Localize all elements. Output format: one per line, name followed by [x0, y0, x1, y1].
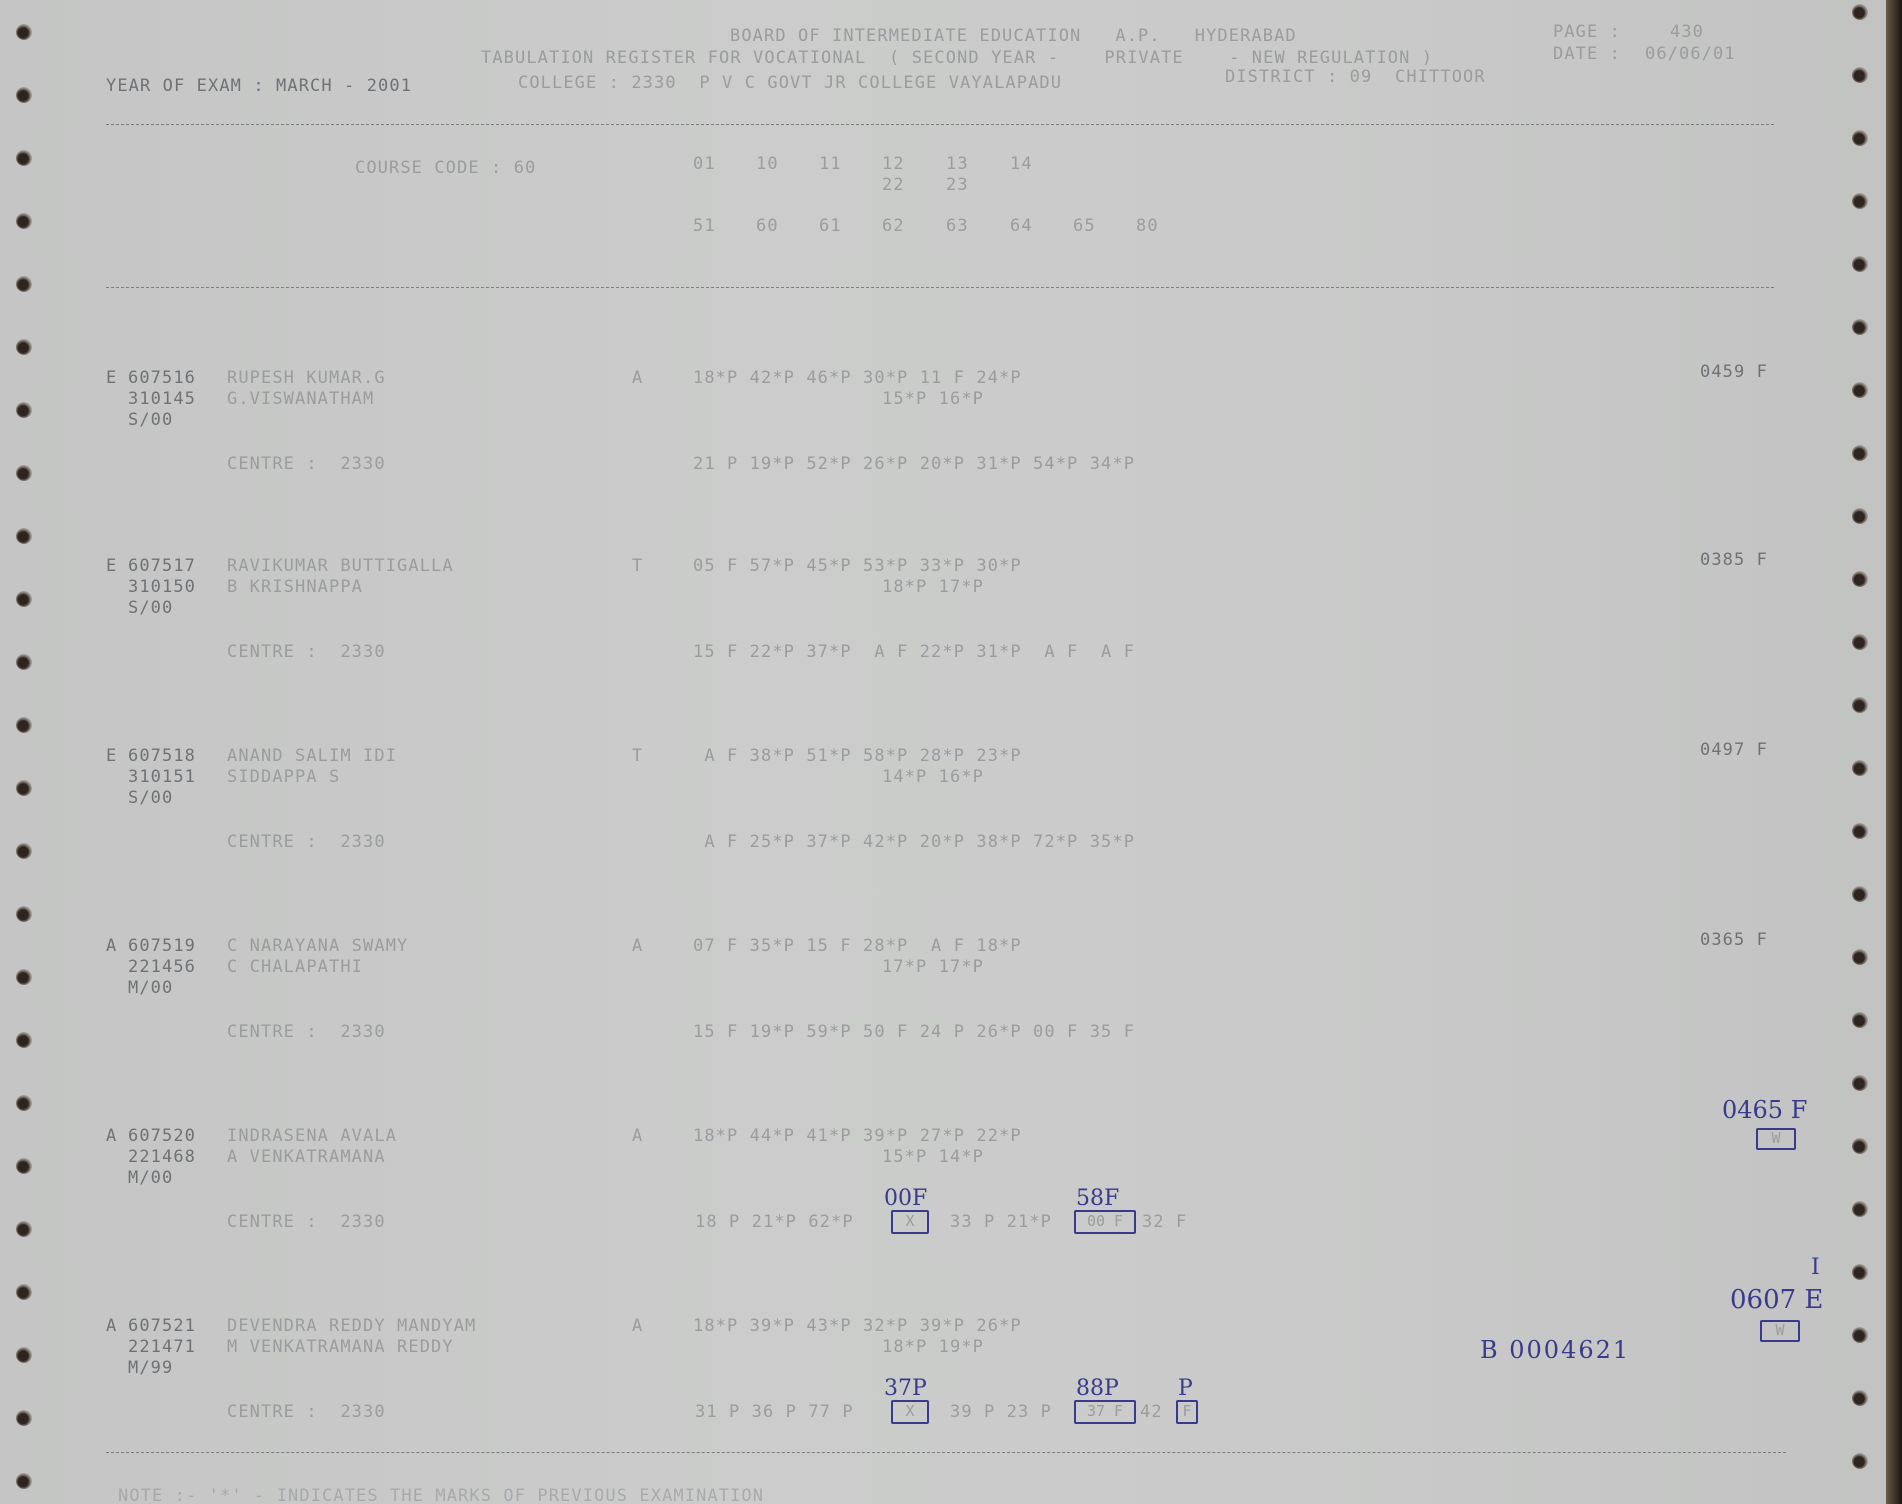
- footer-note: NOTE :- '*' - INDICATES THE MARKS OF PRE…: [118, 1486, 764, 1504]
- feed-hole: [16, 1410, 32, 1426]
- box-label: W: [1756, 1129, 1796, 1147]
- feed-hole: [16, 528, 32, 544]
- divider-bottom: [106, 1452, 1786, 1453]
- corrected-mark-original: 00 F: [1074, 1212, 1136, 1230]
- handwritten-correction: 58F: [1076, 1186, 1119, 1211]
- corrected-mark-original: X: [891, 1212, 929, 1230]
- handwritten-correction: P: [1178, 1376, 1193, 1401]
- feed-hole: [16, 150, 32, 166]
- feed-hole: [1852, 130, 1868, 146]
- marks-part1-sub: 15*P 16*P: [882, 389, 984, 409]
- medium-code: A: [632, 936, 643, 956]
- marks-part2: 33 P 21*P: [950, 1212, 1052, 1232]
- feed-hole: [1852, 1453, 1868, 1469]
- handwritten-mark-607521: I: [1811, 1255, 1820, 1280]
- feed-hole: [1852, 1264, 1868, 1280]
- subject-code: 51: [693, 216, 716, 236]
- feed-hole: [16, 591, 32, 607]
- feed-hole: [16, 1221, 32, 1237]
- centre-code: CENTRE : 2330: [227, 1022, 386, 1042]
- student-category: A: [106, 1316, 117, 1336]
- student-name: INDRASENA AVALA: [227, 1126, 397, 1146]
- marks-part2: A F 25*P 37*P 42*P 20*P 38*P 72*P 35*P: [693, 832, 1135, 852]
- student-status: M/00: [128, 1168, 173, 1188]
- parent-name: SIDDAPPA S: [227, 767, 340, 787]
- student-code: 221468: [128, 1147, 196, 1167]
- student-code: 310151: [128, 767, 196, 787]
- feed-hole: [1852, 1012, 1868, 1028]
- marks-part1-sub: 17*P 17*P: [882, 957, 984, 977]
- feed-hole: [16, 465, 32, 481]
- feed-hole: [16, 213, 32, 229]
- medium-code: A: [632, 1126, 643, 1146]
- marks-part1-sub: 15*P 14*P: [882, 1147, 984, 1167]
- handwritten-correction: 88P: [1076, 1376, 1119, 1401]
- subject-code: 80: [1136, 216, 1159, 236]
- feed-hole: [16, 906, 32, 922]
- student-name: DEVENDRA REDDY MANDYAM: [227, 1316, 476, 1336]
- marks-part2: 32 F: [1142, 1212, 1187, 1232]
- feed-hole: [16, 276, 32, 292]
- centre-code: CENTRE : 2330: [227, 642, 386, 662]
- student-category: A: [106, 936, 117, 956]
- feed-hole: [1852, 445, 1868, 461]
- divider-course: [106, 287, 1774, 288]
- medium-code: T: [632, 556, 643, 576]
- student-status: S/00: [128, 788, 173, 808]
- feed-hole: [16, 1032, 32, 1048]
- feed-hole: [1852, 823, 1868, 839]
- centre-code: CENTRE : 2330: [227, 454, 386, 474]
- feed-hole: [1852, 634, 1868, 650]
- handwritten-total-607521: 0607 E: [1730, 1285, 1823, 1315]
- feed-hole: [1852, 67, 1868, 83]
- centre-code: CENTRE : 2330: [227, 1212, 386, 1232]
- subject-code: 60: [756, 216, 779, 236]
- student-record: A607521DEVENDRA REDDY MANDYAM221471M VEN…: [0, 0, 1886, 180]
- tabulation-register-sheet: BOARD OF INTERMEDIATE EDUCATION A.P. HYD…: [0, 0, 1886, 1504]
- marks-part2: 15 F 22*P 37*P A F 22*P 31*P A F A F: [693, 642, 1135, 662]
- handwritten-correction: 37P: [884, 1376, 927, 1401]
- feed-hole: [16, 1158, 32, 1174]
- feed-hole: [1852, 760, 1868, 776]
- handwritten-total-607520: 0465 F: [1722, 1096, 1807, 1124]
- feed-hole: [16, 969, 32, 985]
- feed-hole: [16, 717, 32, 733]
- student-status: S/00: [128, 410, 173, 430]
- marks-part2: 18 P 21*P 62*P: [695, 1212, 854, 1232]
- parent-name: M VENKATRAMANA REDDY: [227, 1337, 454, 1357]
- student-code: 310145: [128, 389, 196, 409]
- subject-code: 61: [819, 216, 842, 236]
- feed-hole: [1852, 508, 1868, 524]
- student-status: S/00: [128, 598, 173, 618]
- marks-part1-sub: 18*P 17*P: [882, 577, 984, 597]
- medium-code: A: [632, 368, 643, 388]
- parent-name: G.VISWANATHAM: [227, 389, 374, 409]
- feed-hole: [1852, 382, 1868, 398]
- marks-part1-sub: 14*P 16*P: [882, 767, 984, 787]
- feed-hole: [16, 1284, 32, 1300]
- feed-hole: [16, 1473, 32, 1489]
- corrected-mark-original: F: [1176, 1402, 1198, 1420]
- student-code: 221456: [128, 957, 196, 977]
- centre-code: CENTRE : 2330: [227, 1402, 386, 1422]
- student-name: ANAND SALIM IDI: [227, 746, 397, 766]
- feed-hole: [16, 339, 32, 355]
- marks-part1-sub: 18*P 19*P: [882, 1337, 984, 1357]
- grand-total: 0365 F: [1700, 930, 1768, 950]
- student-name: RAVIKUMAR BUTTIGALLA: [227, 556, 454, 576]
- handwritten-reference: B 0004621: [1480, 1336, 1630, 1364]
- student-category: E: [106, 746, 117, 766]
- student-status: M/00: [128, 978, 173, 998]
- feed-hole: [1852, 1138, 1868, 1154]
- marks-part1: 18*P 39*P 43*P 32*P 39*P 26*P: [693, 1316, 1022, 1336]
- feed-hole: [1852, 1327, 1868, 1343]
- hall-ticket-number: 607517: [128, 556, 196, 576]
- feed-hole: [1852, 1075, 1868, 1091]
- marks-part2: 39 P 23 P: [950, 1402, 1052, 1422]
- student-category: E: [106, 556, 117, 576]
- feed-hole: [1852, 256, 1868, 272]
- grand-total: 0385 F: [1700, 550, 1768, 570]
- handwritten-correction: 00F: [884, 1186, 927, 1211]
- subject-code: 63: [946, 216, 969, 236]
- student-category: E: [106, 368, 117, 388]
- paper-edge: [1886, 0, 1902, 1504]
- marks-part1: 05 F 57*P 45*P 53*P 33*P 30*P: [693, 556, 1022, 576]
- subject-code: 64: [1010, 216, 1033, 236]
- feed-hole: [1852, 697, 1868, 713]
- feed-hole: [1852, 193, 1868, 209]
- student-status: M/99: [128, 1358, 173, 1378]
- hall-ticket-number: 607518: [128, 746, 196, 766]
- feed-hole: [1852, 319, 1868, 335]
- feed-hole: [1852, 1201, 1868, 1217]
- hall-ticket-number: 607520: [128, 1126, 196, 1146]
- feed-hole: [1852, 571, 1868, 587]
- subject-code: 62: [882, 216, 905, 236]
- grand-total: 0497 F: [1700, 740, 1768, 760]
- feed-hole: [1852, 4, 1868, 20]
- marks-part1: 07 F 35*P 15 F 28*P A F 18*P: [693, 936, 1022, 956]
- hall-ticket-number: 607516: [128, 368, 196, 388]
- grand-total: 0459 F: [1700, 362, 1768, 382]
- feed-hole: [16, 780, 32, 796]
- parent-name: C CHALAPATHI: [227, 957, 363, 977]
- medium-code: A: [632, 1316, 643, 1336]
- student-name: RUPESH KUMAR.G: [227, 368, 386, 388]
- centre-code: CENTRE : 2330: [227, 832, 386, 852]
- feed-hole: [16, 1347, 32, 1363]
- hall-ticket-number: 607519: [128, 936, 196, 956]
- marks-part1: 18*P 42*P 46*P 30*P 11 F 24*P: [693, 368, 1022, 388]
- corrected-mark-original: 37 F: [1074, 1402, 1136, 1420]
- medium-code: T: [632, 746, 643, 766]
- marks-part2: 31 P 36 P 77 P: [695, 1402, 854, 1422]
- feed-hole: [16, 402, 32, 418]
- feed-hole: [1852, 1390, 1868, 1406]
- box-label: W: [1760, 1321, 1800, 1339]
- feed-hole: [1852, 949, 1868, 965]
- marks-part2: 42: [1140, 1402, 1163, 1422]
- marks-part1: A F 38*P 51*P 58*P 28*P 23*P: [693, 746, 1022, 766]
- feed-hole: [16, 654, 32, 670]
- feed-hole: [16, 843, 32, 859]
- corrected-mark-original: X: [891, 1402, 929, 1420]
- marks-part1: 18*P 44*P 41*P 39*P 27*P 22*P: [693, 1126, 1022, 1146]
- student-name: C NARAYANA SWAMY: [227, 936, 408, 956]
- feed-hole: [16, 24, 32, 40]
- feed-hole: [1852, 886, 1868, 902]
- student-code: 221471: [128, 1337, 196, 1357]
- parent-name: A VENKATRAMANA: [227, 1147, 386, 1167]
- student-category: A: [106, 1126, 117, 1146]
- student-code: 310150: [128, 577, 196, 597]
- feed-hole: [16, 87, 32, 103]
- feed-hole: [16, 1095, 32, 1111]
- hall-ticket-number: 607521: [128, 1316, 196, 1336]
- marks-part2: 15 F 19*P 59*P 50 F 24 P 26*P 00 F 35 F: [693, 1022, 1135, 1042]
- subject-code: 65: [1073, 216, 1096, 236]
- marks-part2: 21 P 19*P 52*P 26*P 20*P 31*P 54*P 34*P: [693, 454, 1135, 474]
- parent-name: B KRISHNAPPA: [227, 577, 363, 597]
